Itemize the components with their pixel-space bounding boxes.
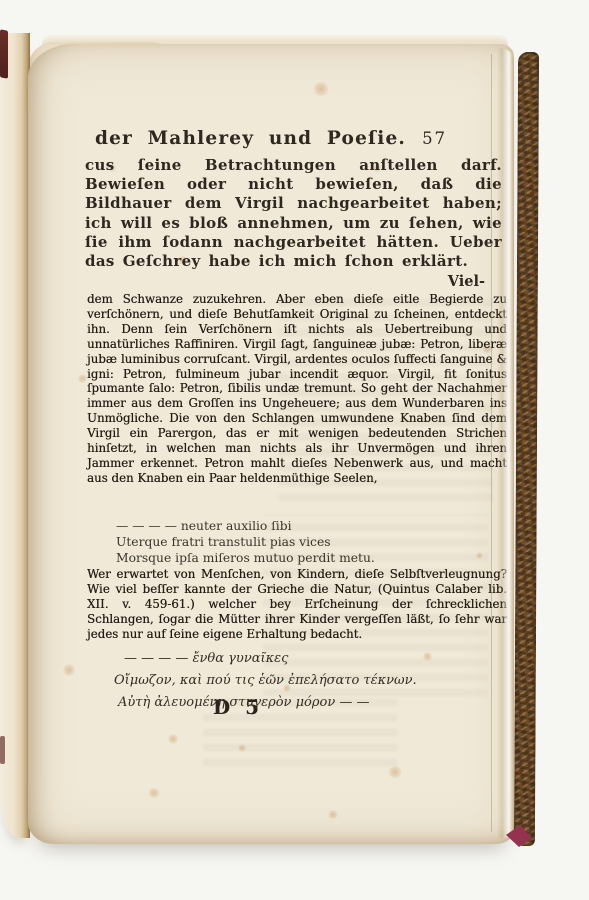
- greek-verse-line: — — — — ἔνθα γυναῖκες: [124, 648, 417, 670]
- paragraph-intro: cus ſeine Betrachtungen anſtellen darf. …: [85, 156, 502, 271]
- foxing-spot: [78, 374, 87, 383]
- latin-verse-block: — — — — neuter auxilio ſibi Uterque frat…: [116, 518, 375, 567]
- page-number: 57: [422, 129, 447, 148]
- foxing-spot: [63, 664, 75, 676]
- marbled-board-edge: [514, 52, 539, 846]
- paragraph-discussion: dem Schwanze zuzukehren. Aber eben dieſe…: [87, 292, 507, 486]
- foxing-spot: [328, 810, 338, 819]
- foxing-spot: [313, 82, 329, 96]
- photo-background: der Mahlerey und Poeſie.57 cus ſeine Bet…: [0, 0, 589, 900]
- spine-leather-top: [0, 29, 8, 78]
- foxing-spot: [148, 788, 160, 798]
- foxing-spot: [388, 766, 402, 778]
- greek-verse-line: Οἴμωζον, καὶ πού τις ἑῶν ἐπελήσατο τέκνω…: [114, 670, 417, 692]
- catchword: Viel-: [85, 273, 485, 290]
- signature-mark: D 5: [178, 695, 298, 719]
- running-header: der Mahlerey und Poeſie.57: [58, 128, 484, 149]
- header-title: der Mahlerey und Poeſie.: [95, 128, 406, 149]
- latin-verse-line: Uterque fratri transtulit pias vices: [116, 534, 375, 550]
- page-fore-edge: [497, 48, 514, 838]
- paragraph-conclusion: Wer erwartet von Menſchen, von Kindern, …: [87, 567, 507, 642]
- page-stack-crease: [491, 54, 492, 832]
- book-page: der Mahlerey und Poeſie.57 cus ſeine Bet…: [28, 44, 514, 844]
- latin-verse-line: — — — — neuter auxilio ſibi: [116, 518, 375, 534]
- facing-page-edge: [0, 33, 30, 838]
- foxing-spot: [168, 734, 178, 744]
- spine-leather-bottom: [0, 736, 5, 764]
- latin-verse-line: Morsque ipſa miſeros mutuo perdit metu.: [116, 550, 375, 566]
